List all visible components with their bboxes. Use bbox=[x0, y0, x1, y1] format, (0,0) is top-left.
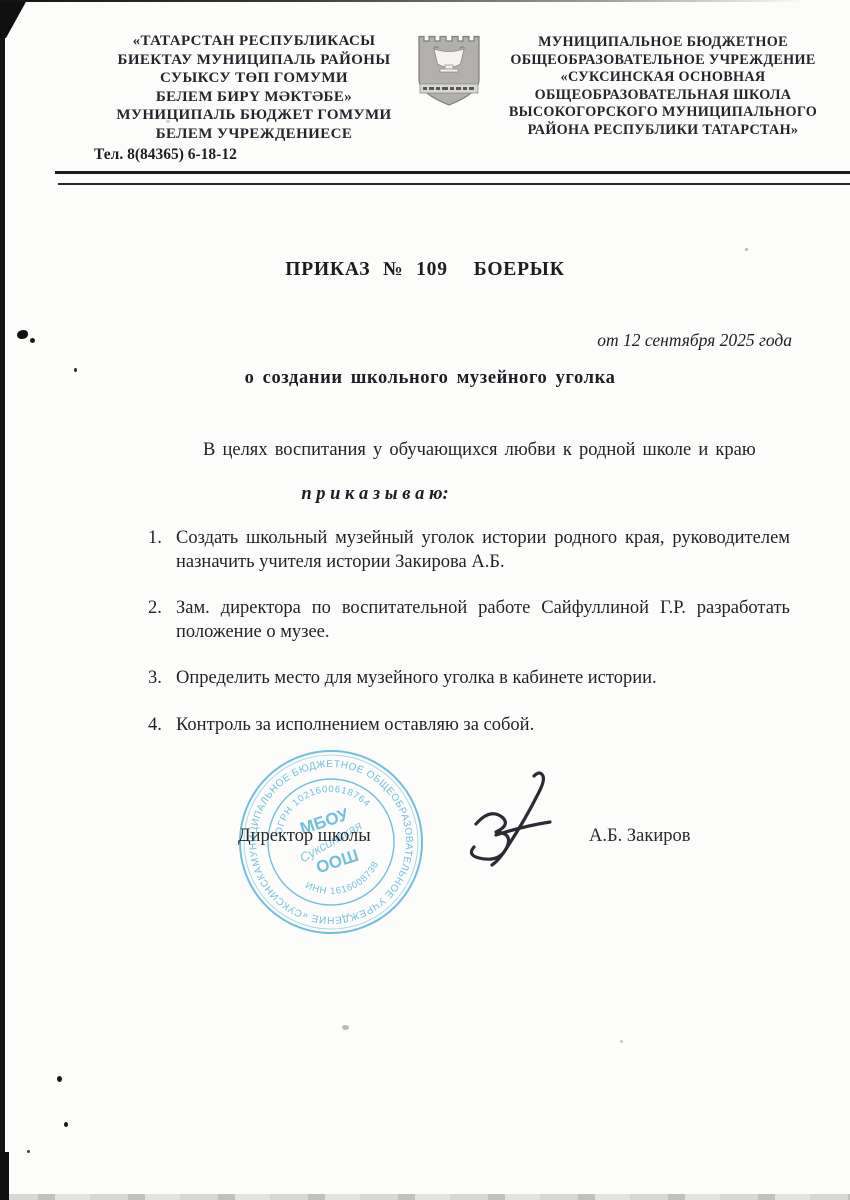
order-item-1: 1. Создать школьный музейный уголок исто… bbox=[148, 527, 790, 574]
item-number: 4. bbox=[148, 714, 176, 738]
letterhead-rule-thick bbox=[55, 171, 850, 174]
signer-role: Директор школы bbox=[238, 826, 371, 847]
district-coat-of-arms-icon bbox=[416, 32, 482, 113]
letterhead-tatar-line: «ТАТАРСТАН РЕСПУБЛИКАСЫ bbox=[86, 32, 422, 51]
order-preamble: В целях воспитания у обучающихся любви к… bbox=[145, 440, 792, 461]
item-number: 2. bbox=[148, 597, 176, 644]
item-text: Зам. директора по воспитательной работе … bbox=[176, 597, 790, 644]
item-number: 3. bbox=[148, 667, 176, 691]
order-subject: о создании школьного музейного уголка bbox=[130, 368, 730, 389]
item-text: Создать школьный музейный уголок истории… bbox=[176, 527, 790, 574]
phone-number: Тел. 8(84365) 6-18-12 bbox=[94, 146, 237, 164]
letterhead-tatar-line: БИЕКТАУ МУНИЦИПАЛЬ РАЙОНЫ bbox=[86, 51, 422, 70]
order-date: от 12 сентября 2025 года bbox=[597, 330, 792, 351]
letterhead-russian-line: РАЙОНА РЕСПУБЛИКИ ТАТАРСТАН» bbox=[498, 122, 828, 140]
scan-smudge bbox=[745, 248, 748, 251]
item-text: Определить место для музейного уголка в … bbox=[176, 667, 790, 691]
signer-name: А.Б. Закиров bbox=[589, 826, 690, 847]
ink-speck bbox=[30, 338, 35, 343]
scan-smudge bbox=[620, 1040, 623, 1043]
order-title-tatar: БОЕРЫК bbox=[474, 259, 565, 280]
ink-speck bbox=[64, 1122, 68, 1127]
order-title: ПРИКАЗ № 109БОЕРЫК bbox=[0, 259, 850, 281]
scan-edge-bottom bbox=[0, 1194, 850, 1200]
ink-speck bbox=[17, 330, 28, 339]
order-item-2: 2. Зам. директора по воспитательной рабо… bbox=[148, 597, 790, 644]
letterhead-rule-thin bbox=[58, 183, 850, 185]
letterhead-tatar-line: БЕЛЕМ УЧРЕЖДЕНИЕСЕ bbox=[86, 125, 422, 144]
scan-edge-left bbox=[0, 0, 5, 1200]
letterhead-tatar-line: МУНИЦИПАЛЬ БЮДЖЕТ ГОМУМИ bbox=[86, 106, 422, 125]
handwritten-signature-icon bbox=[438, 762, 570, 899]
order-title-ru: ПРИКАЗ № 109 bbox=[285, 259, 447, 280]
ink-speck bbox=[74, 368, 77, 372]
scanned-order-document: «ТАТАРСТАН РЕСПУБЛИКАСЫ БИЕКТАУ МУНИЦИПА… bbox=[0, 0, 850, 1200]
letterhead-russian-line: «СУКСИНСКАЯ ОСНОВНАЯ bbox=[498, 69, 828, 87]
item-number: 1. bbox=[148, 527, 176, 574]
letterhead-russian-line: МУНИЦИПАЛЬНОЕ БЮДЖЕТНОЕ bbox=[498, 34, 828, 52]
scan-edge-top bbox=[0, 0, 850, 2]
letterhead-russian-line: ОБЩЕОБРАЗОВАТЕЛЬНОЕ УЧРЕЖДЕНИЕ bbox=[498, 52, 828, 70]
scan-smudge bbox=[342, 1025, 349, 1030]
scan-corner-bottom-left bbox=[0, 1152, 9, 1200]
ink-speck bbox=[57, 1076, 62, 1082]
order-directive-word: п р и к а з ы в а ю: bbox=[130, 484, 620, 505]
order-item-4: 4. Контроль за исполнением оставляю за с… bbox=[148, 714, 790, 738]
letterhead-tatar: «ТАТАРСТАН РЕСПУБЛИКАСЫ БИЕКТАУ МУНИЦИПА… bbox=[86, 32, 422, 143]
order-item-3: 3. Определить место для музейного уголка… bbox=[148, 667, 790, 691]
order-items-list: 1. Создать школьный музейный уголок исто… bbox=[148, 527, 790, 760]
letterhead-russian-line: ВЫСОКОГОРСКОГО МУНИЦИПАЛЬНОГО bbox=[498, 104, 828, 122]
scan-corner-top-left bbox=[0, 0, 30, 38]
ink-speck bbox=[27, 1150, 30, 1153]
letterhead-tatar-line: СУЫКСУ ТӨП ГОМУМИ bbox=[86, 69, 422, 88]
letterhead-russian-line: ОБЩЕОБРАЗОВАТЕЛЬНАЯ ШКОЛА bbox=[498, 87, 828, 105]
letterhead-tatar-line: БЕЛЕМ БИРҮ МӘКТӘБЕ» bbox=[86, 88, 422, 107]
letterhead-russian: МУНИЦИПАЛЬНОЕ БЮДЖЕТНОЕ ОБЩЕОБРАЗОВАТЕЛЬ… bbox=[498, 34, 828, 139]
item-text: Контроль за исполнением оставляю за собо… bbox=[176, 714, 790, 738]
